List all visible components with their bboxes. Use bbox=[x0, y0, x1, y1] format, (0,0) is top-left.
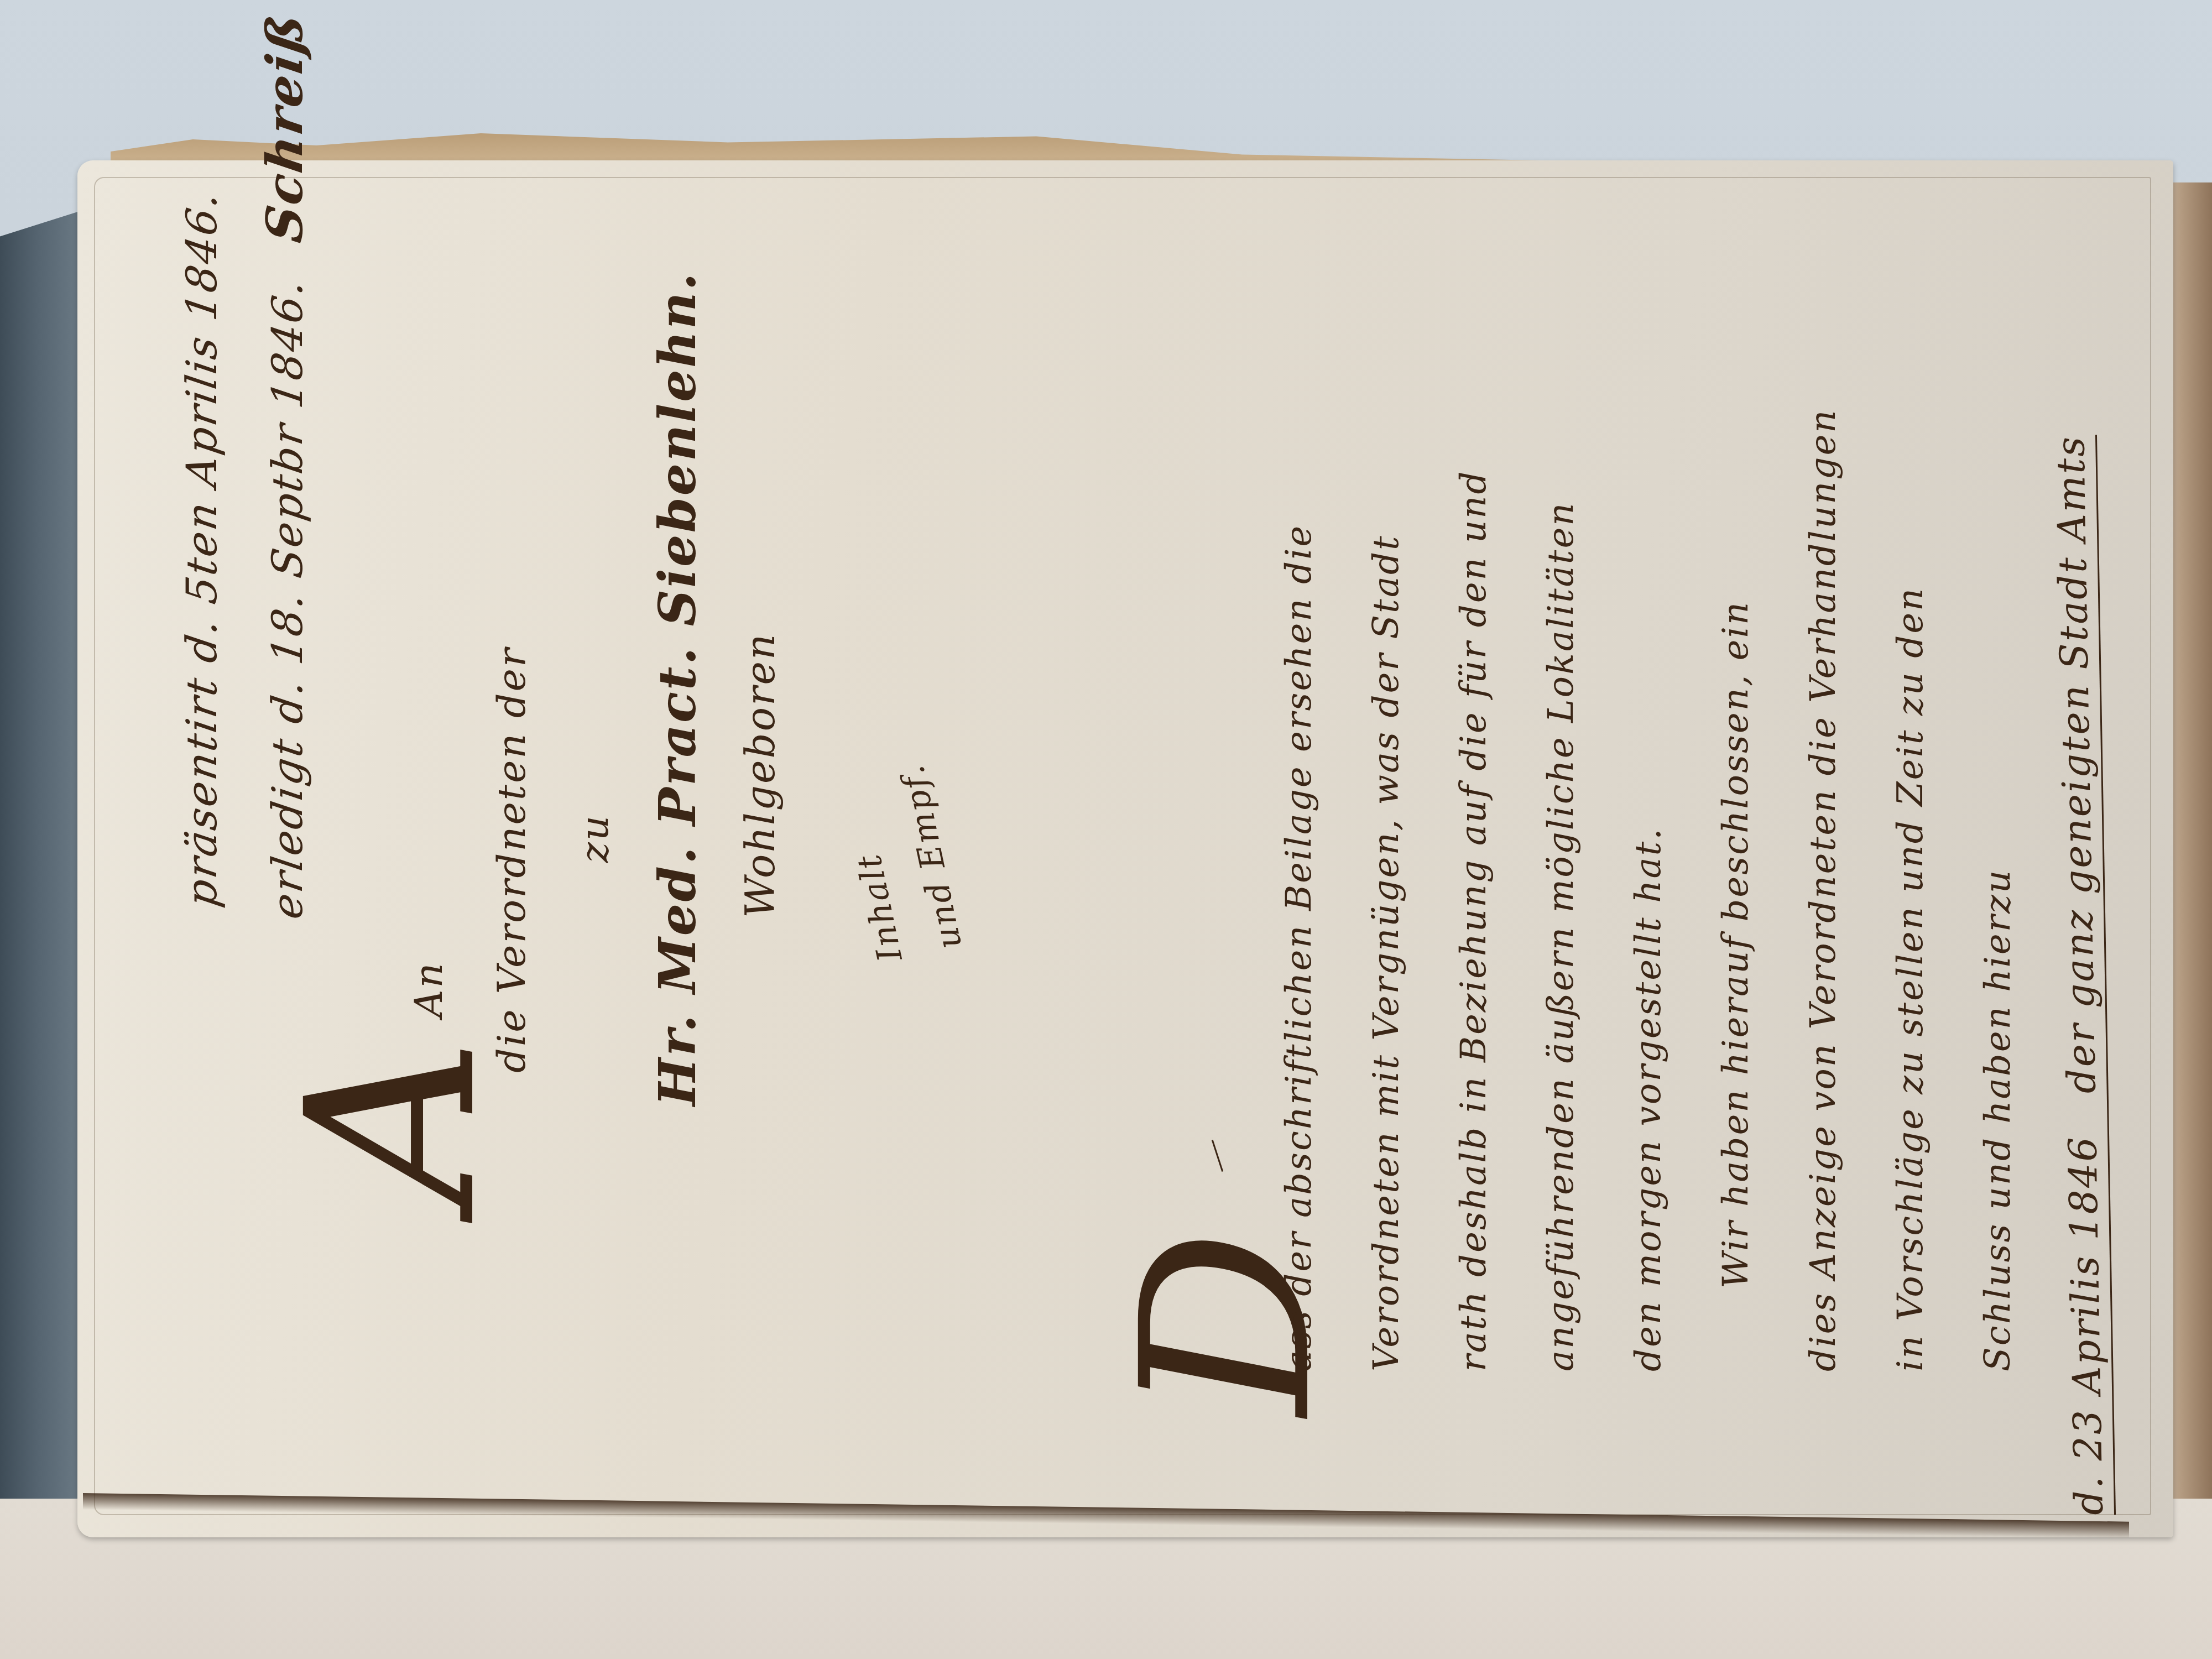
addressee-name: Hr. Med. Pract. Siebenlehn. bbox=[636, 271, 719, 1106]
settled-date-line: erledigt d. 18. Septbr 1846. Schreiß bbox=[243, 7, 329, 924]
clerk-mark: Schreiß bbox=[255, 9, 314, 246]
letter-body: ass der abschriftlichen Beilage ersehen … bbox=[1255, 182, 2042, 1371]
body-line: Wir haben hierauf beschlossen, ein bbox=[1692, 182, 1780, 1371]
initial-flourish bbox=[1212, 1140, 1223, 1172]
body-line: ass der abschriftlichen Beilage ersehen … bbox=[1255, 182, 1343, 1371]
body-line: rath deshalb in Beziehung auf die für de… bbox=[1430, 182, 1517, 1371]
margin-note: Inhalt und Empf. bbox=[822, 758, 980, 967]
body-line: den morgen vorgestellt hat. bbox=[1605, 182, 1692, 1371]
received-note: präsentirt d. 5ten Aprilis 1846. erledig… bbox=[160, 0, 329, 924]
body-line: in Vorschläge zu stellen und Zeit zu den bbox=[1867, 182, 1954, 1371]
book-binding-left bbox=[0, 210, 83, 1526]
closing-line: d. 23 Aprilis 1846 der ganz geneigten St… bbox=[2048, 435, 2116, 1516]
body-line: Verordneten mit Vergnügen, was der Stadt bbox=[1343, 182, 1430, 1371]
received-date-line: präsentirt d. 5ten Aprilis 1846. bbox=[160, 0, 243, 912]
closing-date: d. 23 Aprilis 1846 bbox=[2060, 1135, 2112, 1515]
address-line: zu bbox=[553, 271, 636, 863]
closing-signature: der ganz geneigten Stadt Amts bbox=[2048, 435, 2105, 1094]
address-line: An bbox=[387, 271, 470, 1018]
address-line: die Verordneten der bbox=[470, 271, 553, 1073]
body-line: dies Anzeige von Verordneten die Verhand… bbox=[1780, 182, 1867, 1371]
body-line: angeführenden äußern mögliche Lokalitäte… bbox=[1517, 182, 1605, 1371]
handwritten-content: präsentirt d. 5ten Aprilis 1846. erledig… bbox=[77, 160, 2173, 1537]
address-line: Wohlgeboren bbox=[719, 271, 802, 918]
address-block: An die Verordneten der zu Hr. Med. Pract… bbox=[387, 271, 802, 1106]
body-line: Schluss und haben hierzu bbox=[1954, 182, 2042, 1371]
